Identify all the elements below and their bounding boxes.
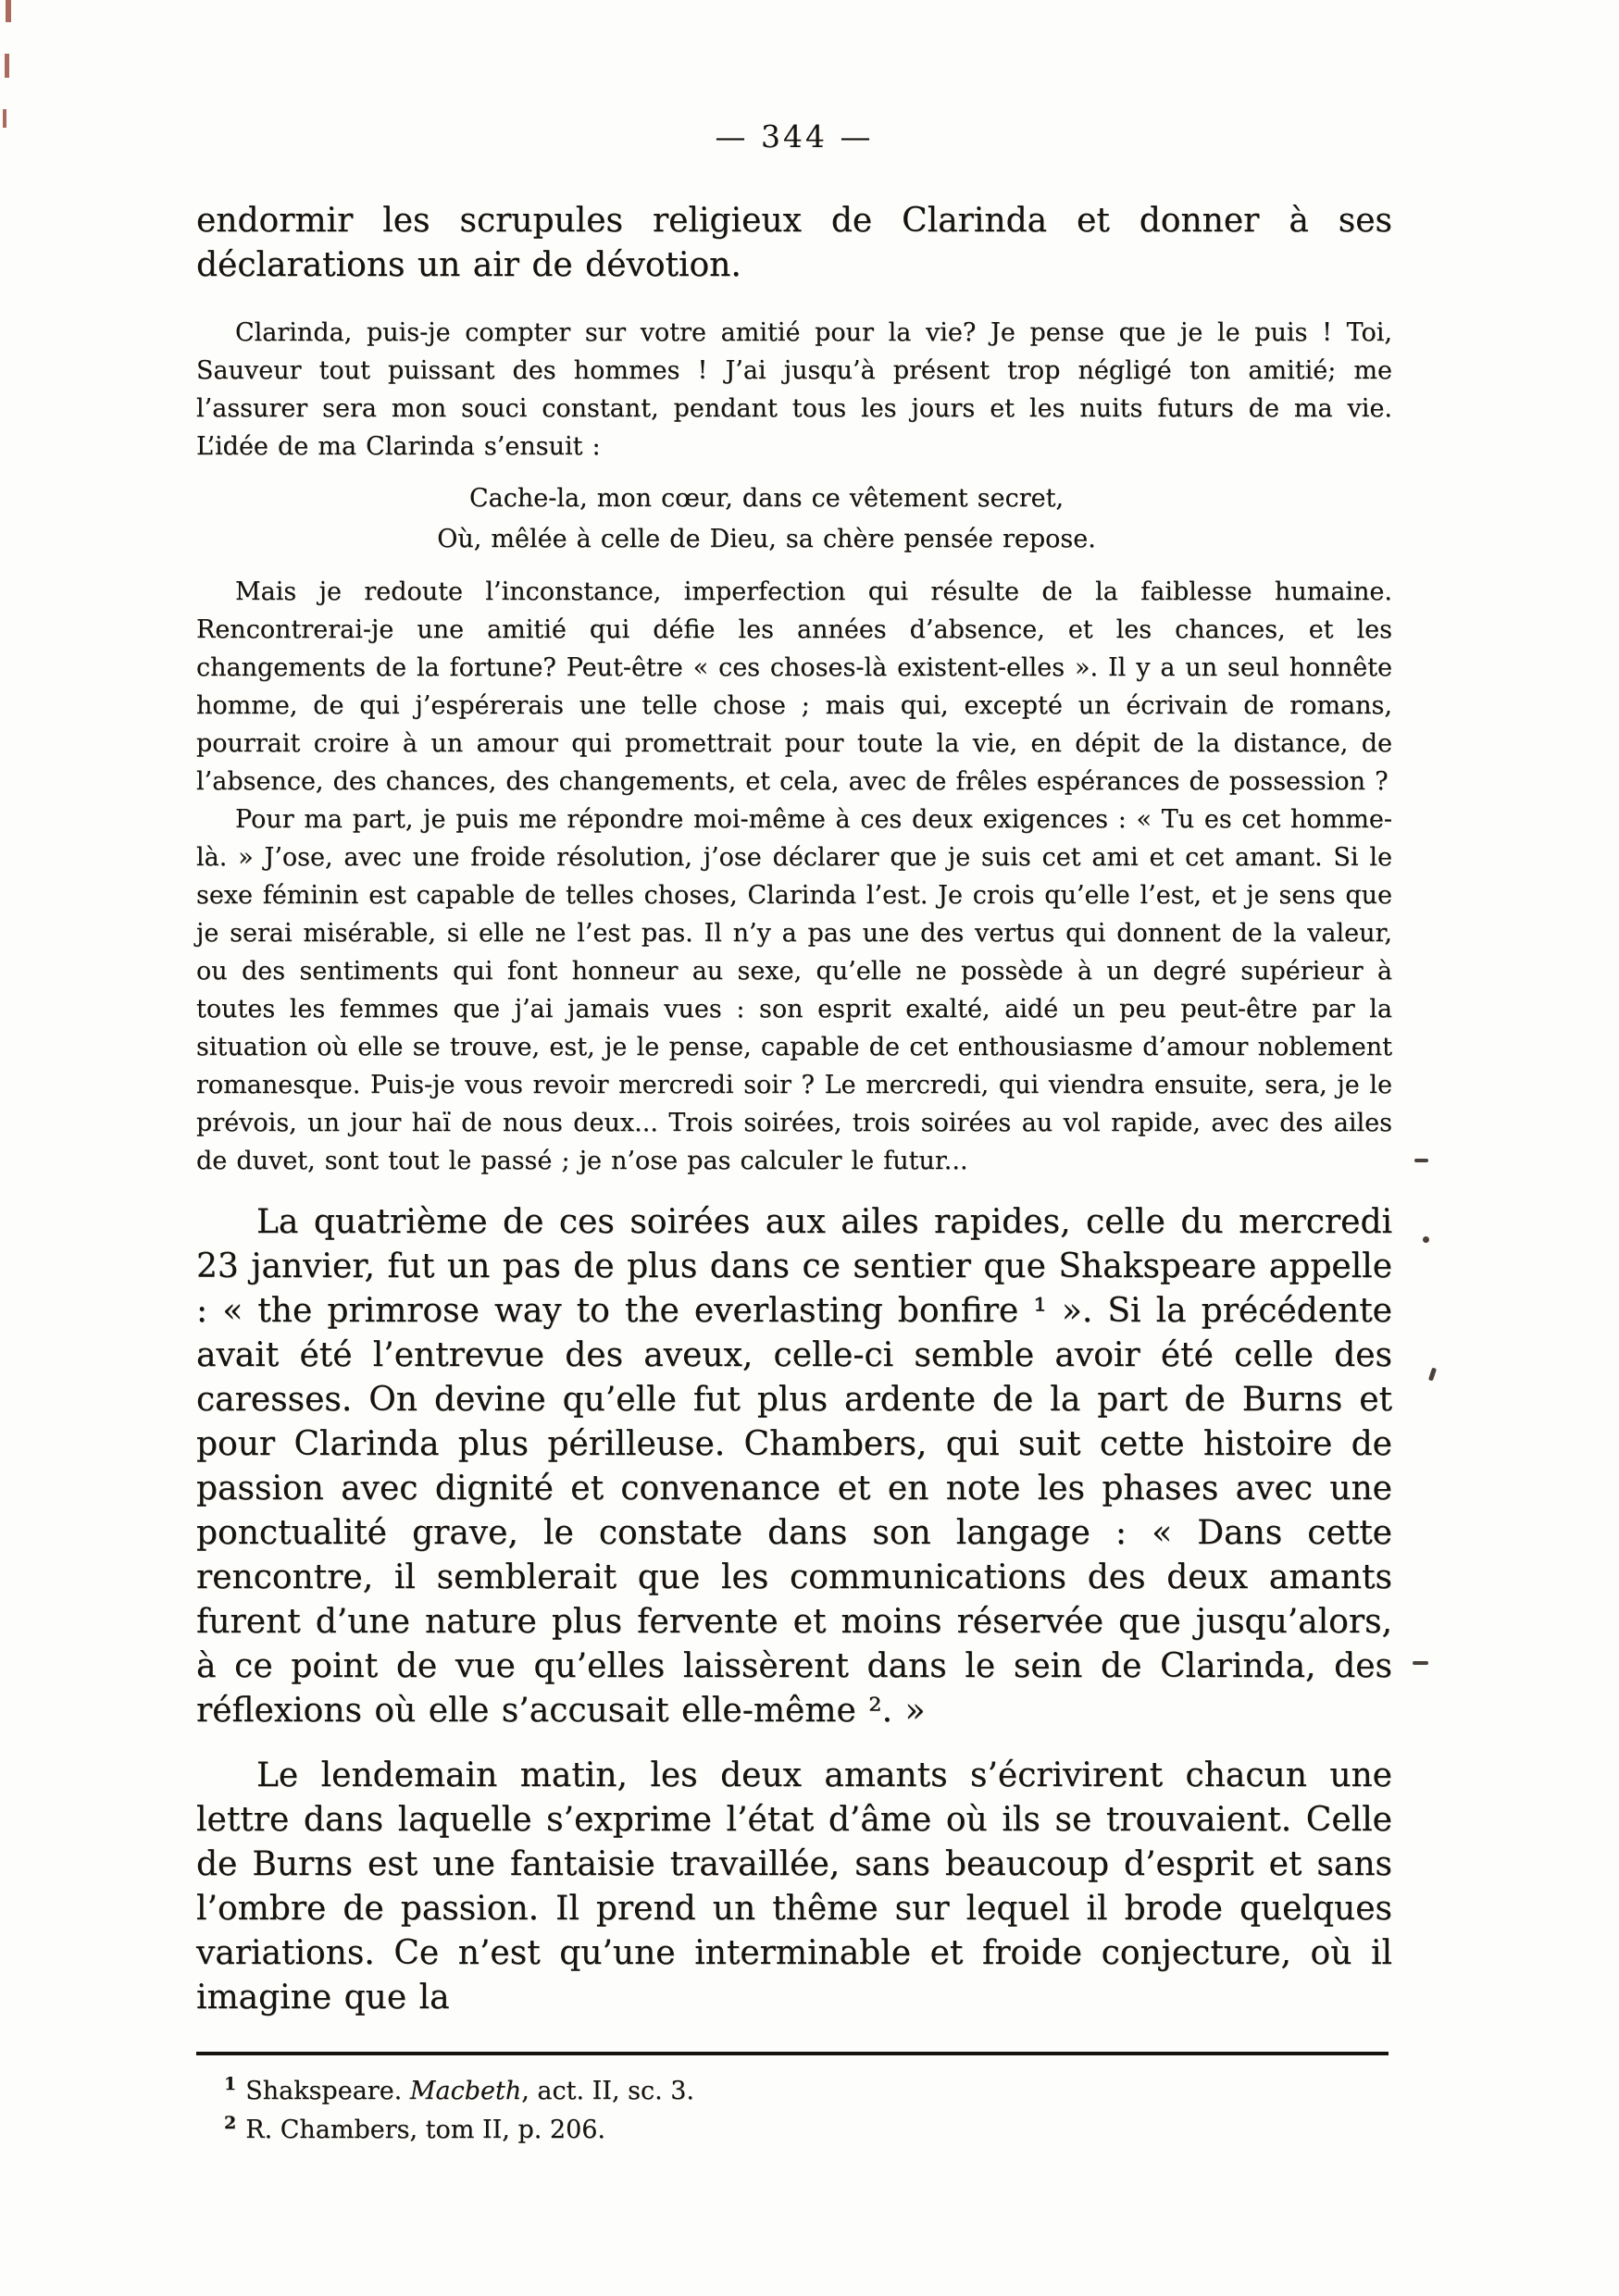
verse-couplet: Cache-la, mon cœur, dans ce vêtement sec…: [196, 478, 1337, 560]
scan-edge-mark-3: [3, 109, 6, 128]
verse-line-2: Où, mêlée à celle de Dieu, sa chère pens…: [196, 519, 1337, 560]
verse-line-1: Cache-la, mon cœur, dans ce vêtement sec…: [196, 478, 1337, 519]
scanned-book-page: — 344 — endormir les scrupules religieux…: [0, 0, 1619, 2296]
text-block: — 344 — endormir les scrupules religieux…: [196, 118, 1392, 2150]
footnote-separator-rule: [196, 2052, 1389, 2055]
quote-paragraph-3: Pour ma part, je puis me répondre moi-mê…: [196, 800, 1392, 1180]
footnote-1-marker: 1: [224, 2074, 236, 2094]
body-paragraph-1: La quatrième de ces soirées aux ailes ra…: [196, 1200, 1392, 1733]
footnote-2: 2R. Chambers, tom II, p. 206.: [196, 2111, 1392, 2150]
footnote-1-text-end: , act. II, sc. 3.: [521, 2077, 694, 2105]
scan-artifact-dot: [1423, 1236, 1429, 1243]
footnotes-section: 1Shakspeare. Macbeth, act. II, sc. 3. 2R…: [196, 2072, 1392, 2150]
footnote-1: 1Shakspeare. Macbeth, act. II, sc. 3.: [196, 2072, 1392, 2111]
body-paragraph-2: Le lendemain matin, les deux amants s’éc…: [196, 1754, 1392, 2020]
quote-paragraph-2: Mais je redoute l’inconstance, imperfect…: [196, 573, 1392, 800]
scan-edge-mark-2: [5, 54, 9, 78]
page-number: — 344 —: [196, 118, 1392, 155]
scan-edge-mark-1: [6, 0, 11, 22]
scan-artifact-dash-2: [1413, 1661, 1428, 1665]
footnote-2-marker: 2: [224, 2113, 236, 2133]
footnote-1-text: Shakspeare.: [245, 2077, 410, 2105]
footnote-1-work-title: Macbeth: [410, 2077, 521, 2105]
letter-quotation-block: Clarinda, puis-je compter sur votre amit…: [196, 314, 1392, 1180]
scan-artifact-dash-1: [1414, 1159, 1428, 1162]
scan-artifact-apostrophe: [1428, 1368, 1437, 1382]
quote-paragraph-1: Clarinda, puis-je compter sur votre amit…: [196, 314, 1392, 465]
intro-paragraph: endormir les scrupules religieux de Clar…: [196, 199, 1392, 288]
footnote-2-text: R. Chambers, tom II, p. 206.: [245, 2116, 605, 2144]
